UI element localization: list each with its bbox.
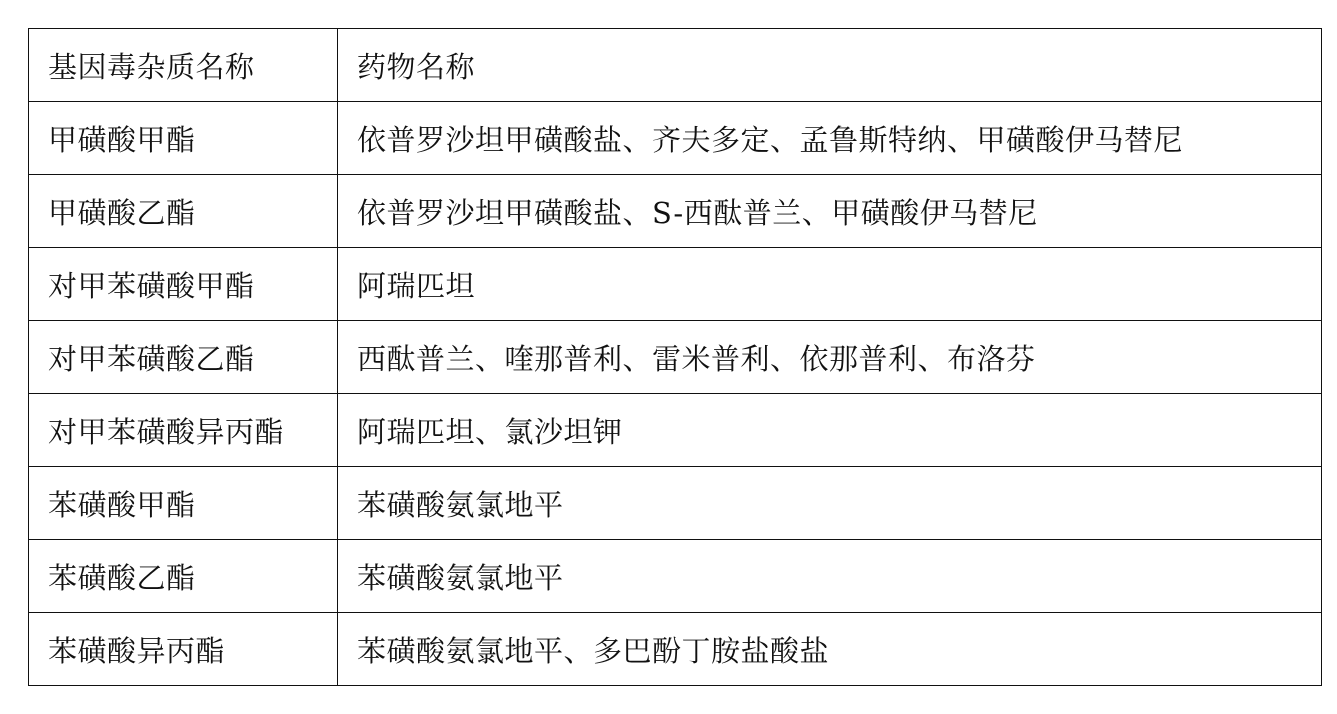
- genotoxic-impurity-table: 基因毒杂质名称 药物名称 甲磺酸甲酯 依普罗沙坦甲磺酸盐、齐夫多定、孟鲁斯特纳、…: [28, 28, 1322, 686]
- drug-cell: 依普罗沙坦甲磺酸盐、S-西酞普兰、甲磺酸伊马替尼: [338, 175, 1322, 248]
- header-impurity-name: 基因毒杂质名称: [29, 29, 338, 102]
- impurity-cell: 甲磺酸乙酯: [29, 175, 338, 248]
- table-row: 苯磺酸异丙酯 苯磺酸氨氯地平、多巴酚丁胺盐酸盐: [29, 613, 1322, 686]
- drug-cell: 苯磺酸氨氯地平: [338, 467, 1322, 540]
- table-row: 对甲苯磺酸甲酯 阿瑞匹坦: [29, 248, 1322, 321]
- document-page: 基因毒杂质名称 药物名称 甲磺酸甲酯 依普罗沙坦甲磺酸盐、齐夫多定、孟鲁斯特纳、…: [0, 0, 1337, 714]
- drug-cell: 阿瑞匹坦: [338, 248, 1322, 321]
- table-row: 甲磺酸乙酯 依普罗沙坦甲磺酸盐、S-西酞普兰、甲磺酸伊马替尼: [29, 175, 1322, 248]
- drug-cell: 依普罗沙坦甲磺酸盐、齐夫多定、孟鲁斯特纳、甲磺酸伊马替尼: [338, 102, 1322, 175]
- impurity-cell: 对甲苯磺酸乙酯: [29, 321, 338, 394]
- impurity-cell: 甲磺酸甲酯: [29, 102, 338, 175]
- table-row: 对甲苯磺酸异丙酯 阿瑞匹坦、氯沙坦钾: [29, 394, 1322, 467]
- drug-cell: 苯磺酸氨氯地平: [338, 540, 1322, 613]
- drug-cell: 阿瑞匹坦、氯沙坦钾: [338, 394, 1322, 467]
- table-header-row: 基因毒杂质名称 药物名称: [29, 29, 1322, 102]
- impurity-cell: 对甲苯磺酸异丙酯: [29, 394, 338, 467]
- table-row: 苯磺酸乙酯 苯磺酸氨氯地平: [29, 540, 1322, 613]
- impurity-cell: 苯磺酸乙酯: [29, 540, 338, 613]
- header-drug-name: 药物名称: [338, 29, 1322, 102]
- table-row: 苯磺酸甲酯 苯磺酸氨氯地平: [29, 467, 1322, 540]
- drug-cell: 苯磺酸氨氯地平、多巴酚丁胺盐酸盐: [338, 613, 1322, 686]
- table-row: 甲磺酸甲酯 依普罗沙坦甲磺酸盐、齐夫多定、孟鲁斯特纳、甲磺酸伊马替尼: [29, 102, 1322, 175]
- impurity-cell: 苯磺酸甲酯: [29, 467, 338, 540]
- table-row: 对甲苯磺酸乙酯 西酞普兰、喹那普利、雷米普利、依那普利、布洛芬: [29, 321, 1322, 394]
- impurity-cell: 苯磺酸异丙酯: [29, 613, 338, 686]
- impurity-cell: 对甲苯磺酸甲酯: [29, 248, 338, 321]
- drug-cell: 西酞普兰、喹那普利、雷米普利、依那普利、布洛芬: [338, 321, 1322, 394]
